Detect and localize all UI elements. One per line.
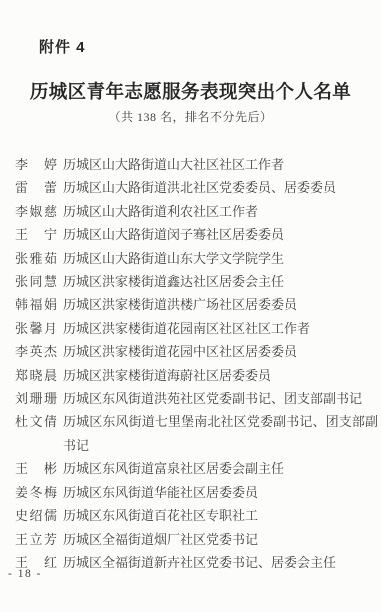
entry-description: 历城区山大路街道山大社区社区工作者	[63, 153, 378, 176]
entry-name: 张同慧	[15, 270, 57, 293]
list-item: 郑晓晨 历城区洪家楼街道海蔚社区居委委员	[15, 364, 378, 387]
entry-name: 王彬	[15, 457, 57, 480]
entry-description: 历城区洪家楼街道洪楼广场社区居委委员	[63, 293, 378, 316]
entry-name: 李英杰	[15, 340, 57, 363]
entry-name: 张馨月	[15, 317, 57, 340]
entry-description: 历城区东风街道百花社区专职社工	[63, 504, 378, 527]
attachment-label: 附件 4	[39, 36, 86, 57]
entry-description: 历城区全福街道新卉社区党委书记、居委会主任	[63, 551, 378, 574]
entry-name: 李婌慈	[15, 200, 57, 223]
entry-description: 历城区洪家楼街道花园南区社区社区工作者	[63, 317, 378, 340]
entry-description: 历城区洪家楼街道鑫达社区居委会主任	[63, 270, 378, 293]
entry-name: 王立芳	[15, 528, 57, 551]
entry-name: 杜文倩	[15, 410, 57, 433]
entry-name: 韩福娟	[15, 293, 57, 316]
list-item: 王红 历城区全福街道新卉社区党委书记、居委会主任	[15, 551, 378, 574]
entry-description: 历城区东风街道洪苑社区党委副书记、团支部副书记	[63, 387, 378, 410]
volunteer-list: 李婷 历城区山大路街道山大社区社区工作者 雷蕾 历城区山大路街道洪北社区党委委员…	[15, 153, 378, 574]
list-item: 王宁 历城区山大路街道闵子骞社区居委委员	[15, 223, 378, 246]
entry-description: 历城区东风街道华能社区居委委员	[63, 481, 378, 504]
entry-name: 郑晓晨	[15, 364, 57, 387]
list-item: 韩福娟 历城区洪家楼街道洪楼广场社区居委委员	[15, 293, 378, 316]
list-item: 刘珊珊 历城区东风街道洪苑社区党委副书记、团支部副书记	[15, 387, 378, 410]
list-item: 张同慧 历城区洪家楼街道鑫达社区居委会主任	[15, 270, 378, 293]
list-item: 史绍儒 历城区东风街道百花社区专职社工	[15, 504, 378, 527]
entry-name: 李婷	[15, 153, 57, 176]
entry-name: 张雅茹	[15, 247, 57, 270]
list-item: 王彬 历城区东风街道富泉社区居委会副主任	[15, 457, 378, 480]
entry-description: 历城区山大路街道山东大学文学院学生	[63, 247, 378, 270]
list-item: 杜文倩 历城区东风街道七里堡南北社区党委副书记、团支部副书记	[15, 410, 378, 457]
list-item: 姜冬梅 历城区东风街道华能社区居委委员	[15, 481, 378, 504]
document-page: 附件 4 历城区青年志愿服务表现突出个人名单 （共 138 名，排名不分先后） …	[0, 0, 381, 612]
entry-description: 历城区东风街道富泉社区居委会副主任	[63, 457, 378, 480]
entry-description: 历城区山大路街道闵子骞社区居委委员	[63, 223, 378, 246]
entry-name: 姜冬梅	[15, 481, 57, 504]
list-item: 张馨月 历城区洪家楼街道花园南区社区社区工作者	[15, 317, 378, 340]
list-item: 李婷 历城区山大路街道山大社区社区工作者	[15, 153, 378, 176]
entry-description: 历城区东风街道七里堡南北社区党委副书记、团支部副书记	[63, 410, 378, 457]
entry-name: 雷蕾	[15, 176, 57, 199]
list-item: 王立芳 历城区全福街道烟厂社区党委书记	[15, 528, 378, 551]
page-number: - 18 -	[8, 568, 42, 580]
entry-description: 历城区洪家楼街道花园中区社区居委委员	[63, 340, 378, 363]
page-subtitle: （共 138 名，排名不分先后）	[0, 108, 381, 125]
entry-name: 史绍儒	[15, 504, 57, 527]
entry-description: 历城区洪家楼街道海蔚社区居委委员	[63, 364, 378, 387]
page-title: 历城区青年志愿服务表现突出个人名单	[0, 78, 381, 104]
entry-name: 刘珊珊	[15, 387, 57, 410]
list-item: 李英杰 历城区洪家楼街道花园中区社区居委委员	[15, 340, 378, 363]
entry-description: 历城区山大路街道利农社区工作者	[63, 200, 378, 223]
list-item: 张雅茹 历城区山大路街道山东大学文学院学生	[15, 247, 378, 270]
entry-description: 历城区山大路街道洪北社区党委委员、居委委员	[63, 176, 378, 199]
entry-name: 王宁	[15, 223, 57, 246]
list-item: 雷蕾 历城区山大路街道洪北社区党委委员、居委委员	[15, 176, 378, 199]
entry-description: 历城区全福街道烟厂社区党委书记	[63, 528, 378, 551]
list-item: 李婌慈 历城区山大路街道利农社区工作者	[15, 200, 378, 223]
